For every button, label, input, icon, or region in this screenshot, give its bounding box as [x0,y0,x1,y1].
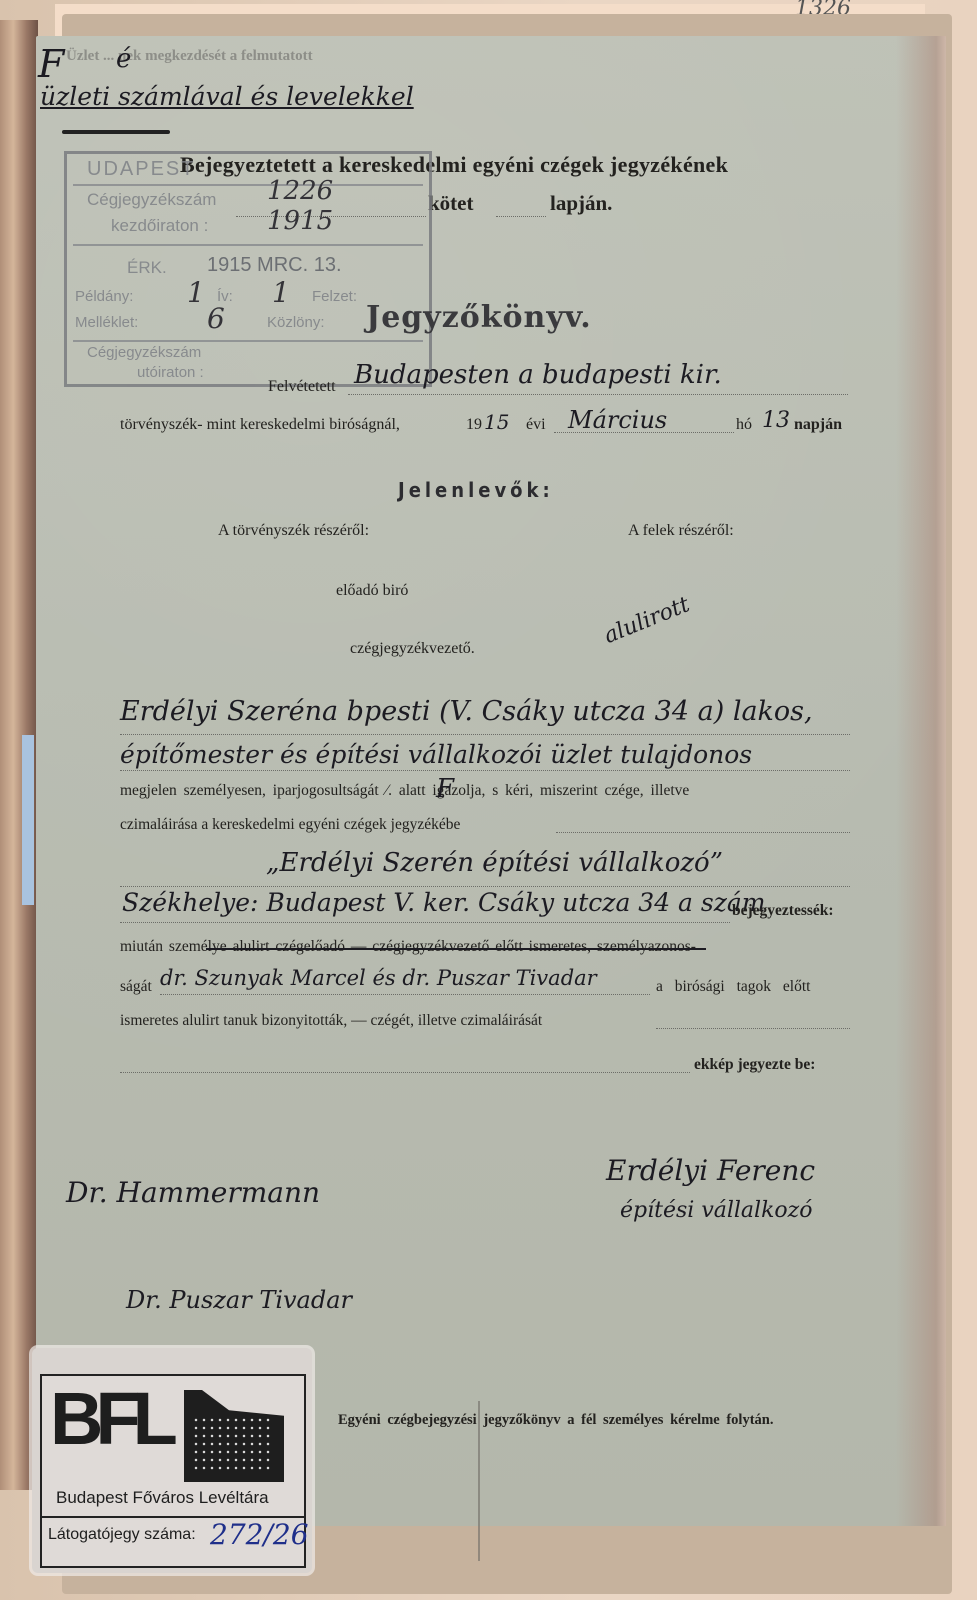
year-label: évi [526,416,546,434]
header-page-label: lapján. [550,191,612,216]
header-volume-label: kötet [428,191,474,216]
margin-note-initial: F [38,42,64,86]
body-line-4: czimaláirása a kereskedelmi egyéni czége… [120,816,460,834]
signature-left-1: Dr. Hammermann [66,1176,320,1209]
company-name-handwriting: „Erdélyi Szerén építési vállalkozó” [266,848,723,878]
body-dotline-4 [556,832,850,833]
day-value: 13 [762,408,790,433]
stamp-rule [73,244,423,246]
witness-names-handwriting: dr. Szunyak Marcel és dr. Puszar Tivadar [160,966,597,990]
footer-caption: Egyéni czégbejegyzési jegyzőkönyv a fél … [338,1412,773,1429]
year-value: 15 [484,410,509,434]
present-heading: Jelenlevők: [398,478,554,502]
body-dotline-10 [120,1072,690,1073]
day-label: napján [794,416,842,434]
page-title: Jegyzőkönyv. [366,300,592,335]
judge-label: előadó biró [336,582,408,600]
margin-note-strike [62,130,170,134]
stamp-received-date: 1915 MRC. 13. [207,254,429,277]
month-label: hó [736,416,752,434]
month-value: Március [568,406,667,434]
witness-dotline [160,994,650,995]
seat-handwriting: Székhelye: Budapest V. ker. Csáky utcza … [122,888,766,917]
body-handwriting-2: építőmester és építési vállalkozói üzlet… [120,740,752,769]
torn-spine-gap [22,735,34,905]
stamp-register-number: 1226 [267,176,429,206]
margin-note-accent: é [116,44,131,74]
page-dotline [496,216,546,217]
body-dotline-6 [120,922,730,923]
signature-right-1: Erdélyi Ferenc [606,1154,815,1187]
paper-stained-edge [896,36,946,1526]
body-line-6-end: bejegyeztessék: [732,902,834,920]
body-line-3: megjelen személyesen, iparjogosultságát … [120,782,689,800]
strike-through-line [206,948,706,950]
body-dotline-2 [120,770,850,771]
body-handwriting-1: Erdélyi Szeréna bpesti (V. Csáky utcza 3… [120,696,813,727]
body-line-8-end: a birósági tagok előtt [656,978,810,996]
ticket-label: Látogatójegy száma: [48,1526,196,1544]
visitor-badge-card: BFL Budapest Főváros Levéltára Látogatój… [40,1374,306,1568]
stamp-register-label-3: Cégjegyzékszám [87,344,429,361]
year-prefix: 19 [466,416,482,434]
registrar-label: czégjegyzékvezető. [350,640,475,658]
court-side-label: A törvényszék részéről: [218,522,369,540]
signature-right-2: építési vállalkozó [620,1198,813,1223]
body-line-3-insert: F [436,774,454,804]
stamp-register-year: 1915 [267,206,429,236]
body-line-8-start: ságát [120,978,152,996]
signature-left-2: Dr. Puszar Tivadar [126,1286,352,1314]
body-dotline-1 [120,734,850,735]
margin-note-handwriting: üzleti számlával és levelekkel [40,82,414,111]
parties-side-label: A felek részéről: [628,522,734,540]
archive-building-windows [192,1416,274,1471]
binder-spine [0,20,38,1490]
margin-note-faded-print: Üzlet ... nek megkezdését a felmutatott [66,48,313,65]
body-line-9: ismeretes alulirt tanuk bizonyitották, —… [120,1012,542,1030]
recorded-dotline [348,394,848,395]
institution-name: Budapest Főváros Levéltára [56,1488,269,1508]
body-dotline-5 [120,886,850,887]
court-line: törvényszék- mint kereskedelmi biróságná… [120,416,400,434]
body-line-7: miután személye alulirt czégelőadó — czé… [120,938,696,956]
registry-stamp: UDAPEST Cégjegyzékszám 1226 kezdőiraton … [64,151,432,387]
parties-undersigned: alulirott [601,592,694,649]
body-line-10-end: ekkép jegyezte be: [694,1056,815,1074]
bfl-logo: BFL [50,1382,170,1456]
protocol-page: F Üzlet ... nek megkezdését a felmutatot… [36,36,946,1526]
recorded-place: Budapesten a budapesti kir. [354,360,722,390]
body-dotline-9 [656,1028,850,1029]
visitor-badge: BFL Budapest Főváros Levéltára Látogatój… [32,1348,312,1573]
ticket-number: 272/26 [210,1518,309,1551]
stamp-border [429,154,432,384]
recorded-label: Felvétetett [268,378,336,396]
stamp-rule [73,340,423,342]
